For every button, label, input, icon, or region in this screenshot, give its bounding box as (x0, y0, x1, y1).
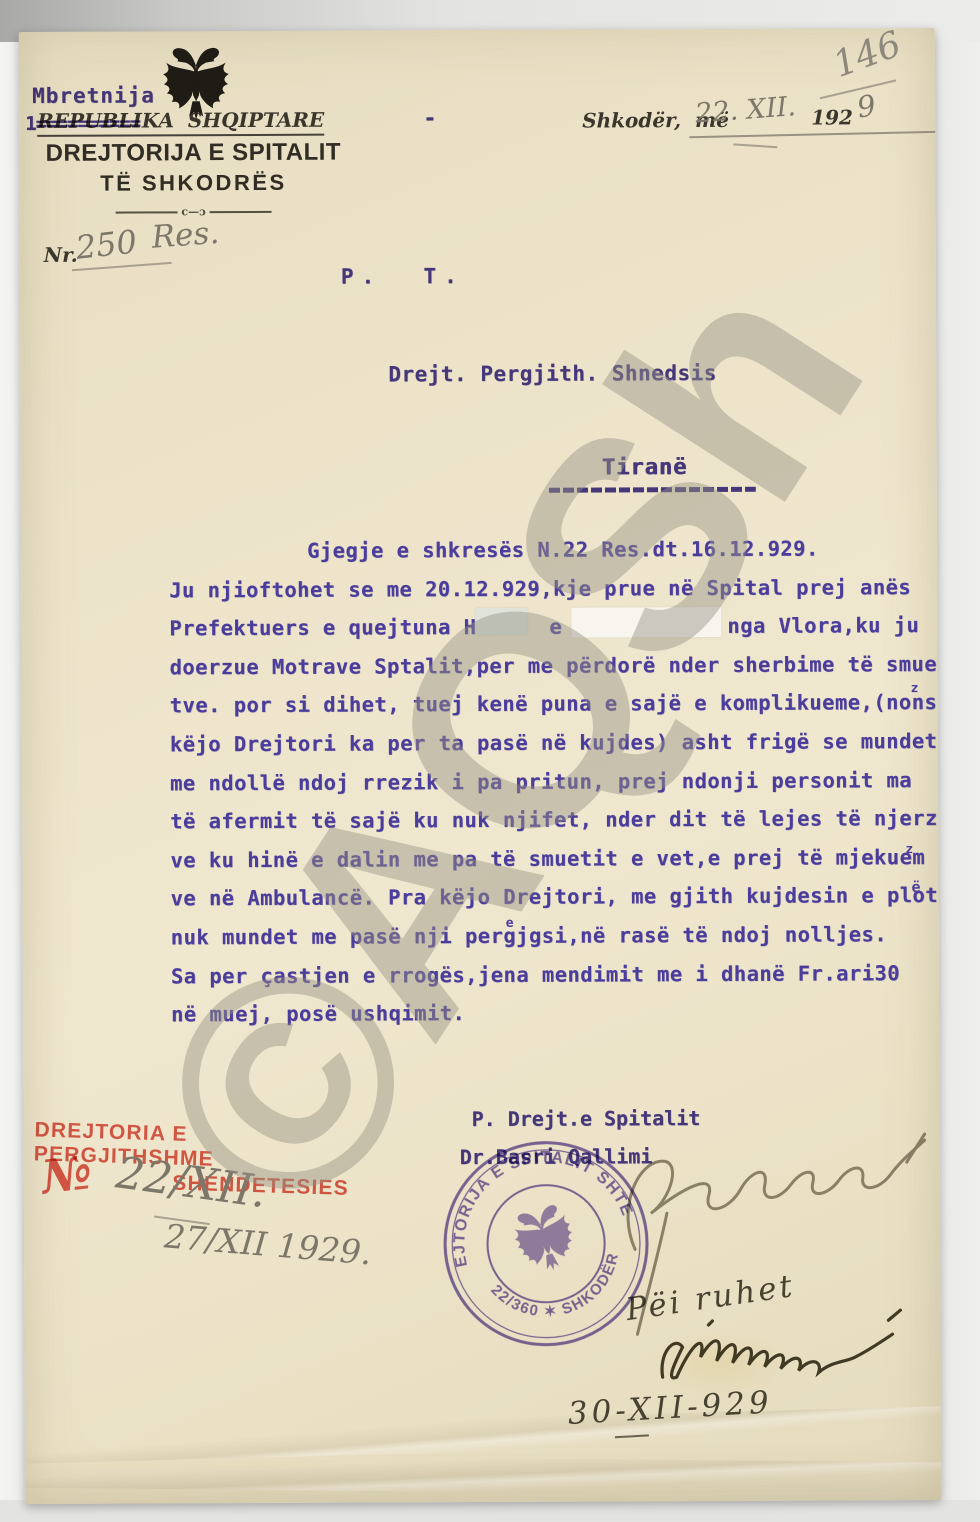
pencil-folio-number: 146 (828, 28, 907, 86)
body-line: ve në Ambulancë. Pra këjo Drejtori, me g… (170, 876, 941, 918)
date-pencil-stroke (733, 143, 777, 148)
redaction-box (571, 607, 721, 638)
numero-symbol: № (39, 1145, 95, 1204)
letter-body: Gjegje e shkresës N.22 Res.dt.16.12.929.… (169, 529, 941, 1034)
body-line: Ju njioftohet se me 20.12.929,kje prue n… (169, 568, 941, 610)
scanned-letter-photo: Mbretnija REPUBLIKA SHQIPTARE 1=========… (0, 0, 980, 1522)
body-line: nuk mundet me pasë nji pergjgsi,në rasë … (171, 915, 942, 957)
stamp-eagle (509, 1202, 582, 1279)
letter-paper: Mbretnija REPUBLIKA SHQIPTARE 1=========… (19, 28, 941, 1504)
typed-strike-marks: 1========== (25, 112, 140, 135)
typed-continuation-mark: z (911, 682, 919, 695)
handwritten-year-digit: 9 (855, 88, 879, 125)
subject-line: Gjegje e shkresës N.22 Res.dt.16.12.929. (169, 529, 941, 571)
regime-overtype-text: Mbretnija (32, 83, 155, 108)
ref-number-label: Nr. (44, 243, 78, 267)
body-line: me ndollë ndoj rrezik i pa pritun, prej … (170, 760, 941, 802)
handwritten-registry-date: 27/XII 1929. (163, 1216, 373, 1272)
printed-year: 192 (811, 105, 853, 129)
body-text: e (549, 608, 562, 647)
office-name-line1: DREJTORIJA E SPITALIT (35, 139, 351, 168)
body-line: tve. por si dihet, tuej kenë puna e sajë… (170, 683, 942, 725)
redaction-box (475, 608, 527, 635)
salutation: P. T. (341, 264, 465, 289)
archivist-ink-signature (652, 1306, 941, 1402)
office-header: DREJTORIJA E SPITALIT TË SHKODRËS c—ɔ (35, 139, 351, 219)
typed-continuation-mark: z (905, 843, 913, 856)
handwritten-ref-number: 250 (74, 222, 139, 266)
body-line: këjo Drejtori ka per ta pasë në kujdes) … (170, 722, 941, 764)
ornament-line (115, 211, 177, 213)
body-line: në muej, posë ushqimit. (171, 992, 941, 1034)
addressee-line: Drejt. Pergjith. Shnedsis (388, 361, 717, 386)
ornament-line (210, 210, 272, 212)
office-name-line2: TË SHKODRËS (35, 170, 351, 197)
separator-dash: - (423, 106, 436, 131)
paper-crease (25, 1454, 941, 1497)
handwritten-ref-suffix: Res. (150, 215, 220, 256)
typed-correction-letter: e (506, 917, 514, 930)
body-line-redacted: Prefektuers e quejtuna H e nga Vlora,ku … (169, 606, 941, 648)
body-text: Prefektuers e quejtuna H (169, 608, 476, 648)
addressee-city: Tiranë (602, 455, 688, 480)
city-typed-underline (549, 487, 756, 493)
body-line: ve ku hinë e dalin me pa të smuetit e ve… (170, 838, 941, 880)
handwritten-day-month: 22. XII. (694, 91, 797, 129)
body-line: Sa per çastjen e rrogës,jena mendimit me… (171, 953, 941, 995)
typed-raised-diacritic: ë (912, 881, 921, 894)
body-line: doerzue Motrave Sptalit,per me përdorë n… (169, 645, 941, 687)
body-text: nga Vlora,ku ju (727, 606, 919, 645)
body-line: të afermit të sajë ku nuk njifet, nder d… (170, 799, 941, 841)
date-underline (689, 131, 939, 138)
